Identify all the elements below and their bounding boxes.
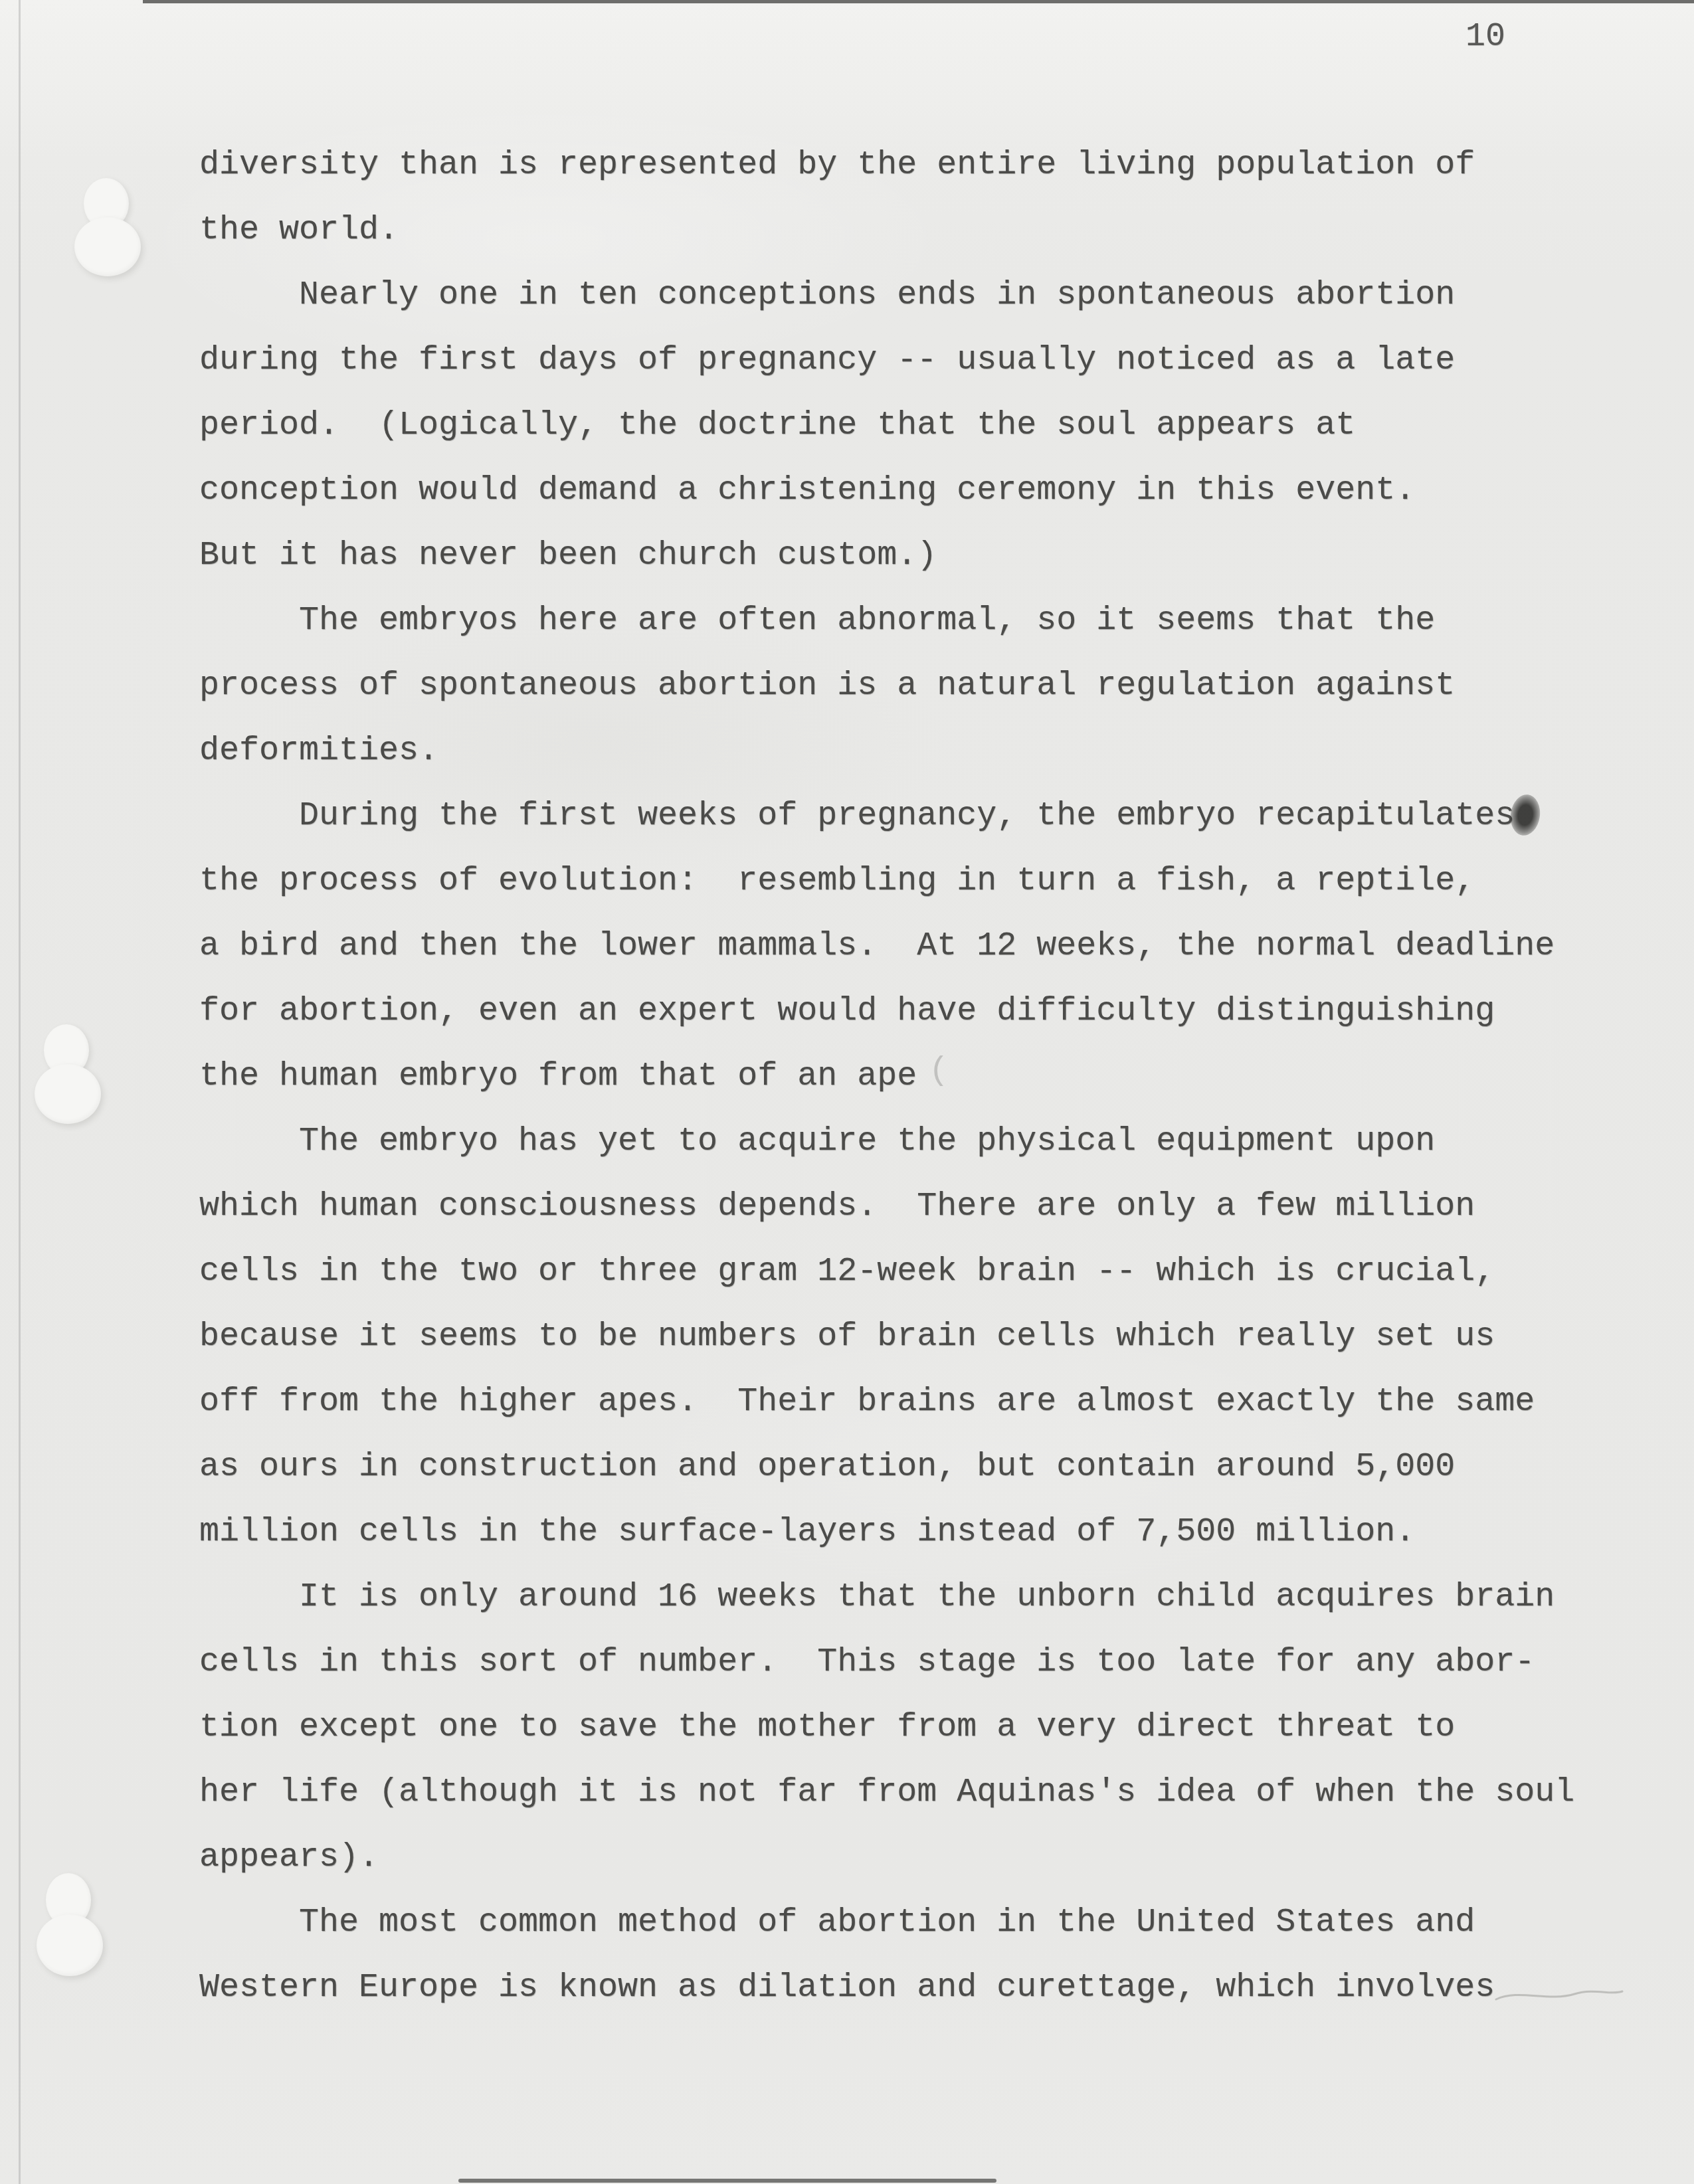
typewritten-page: 10 diversity than is represented by the … [0,0,1694,2184]
typescript-line: appears). [199,1825,1574,1890]
typescript-line: period. (Logically, the doctrine that th… [199,393,1574,458]
punch-hole-lobe [37,1914,103,1976]
typescript-line: diversity than is represented by the ent… [199,133,1574,198]
typescript-line: cells in the two or three gram 12-week b… [199,1239,1574,1305]
typescript-line: because it seems to be numbers of brain … [199,1305,1574,1370]
punch-hole-lobe [35,1064,101,1124]
typescript-line: But it has never been church custom.) [199,523,1574,589]
typescript-line: Western Europe is known as dilation and … [199,1956,1574,2021]
typescript-line: cells in this sort of number. This stage… [199,1630,1574,1695]
typescript-line: as ours in construction and operation, b… [199,1435,1574,1500]
typescript-line: Nearly one in ten conceptions ends in sp… [199,263,1574,328]
typescript-line: which human consciousness depends. There… [199,1174,1574,1239]
typescript-line: the world. [199,198,1574,263]
typescript-line: during the first days of pregnancy -- us… [199,328,1574,393]
typescript-line: It is only around 16 weeks that the unbo… [199,1565,1574,1630]
typescript-line: her life (although it is not far from Aq… [199,1760,1574,1825]
typescript-line: The embryos here are often abnormal, so … [199,589,1574,654]
typescript-line: tion except one to save the mother from … [199,1695,1574,1760]
typescript-line: million cells in the surface-layers inst… [199,1500,1574,1565]
scan-bottom-edge-mark [458,2179,996,2183]
page-number: 10 [1465,17,1505,57]
typescript-line: During the first weeks of pregnancy, the… [199,784,1574,849]
typescript-line: The embryo has yet to acquire the physic… [199,1109,1574,1174]
typescript-line: the process of evolution: resembling in … [199,849,1574,914]
punch-hole-lobe [74,217,141,276]
page-left-edge [19,0,21,2184]
punch-hole [35,1024,101,1124]
punch-hole [37,1873,103,1976]
faint-paren-mark: ( [929,1052,949,1090]
typescript-line: The most common method of abortion in th… [199,1890,1574,1956]
scan-top-edge [143,0,1694,3]
typescript-line: process of spontaneous abortion is a nat… [199,654,1574,719]
typescript-line: a bird and then the lower mammals. At 12… [199,914,1574,979]
pencil-squiggle-mark [1493,1981,1626,2010]
typescript-line: the human embryo from that of an ape [199,1044,1574,1109]
punch-hole [74,178,141,276]
typescript-line: off from the higher apes. Their brains a… [199,1370,1574,1435]
typescript-line: conception would demand a christening ce… [199,458,1574,523]
typescript-line: deformities. [199,719,1574,784]
typescript-text: diversity than is represented by the ent… [199,133,1574,2021]
typescript-line: for abortion, even an expert would have … [199,979,1574,1044]
